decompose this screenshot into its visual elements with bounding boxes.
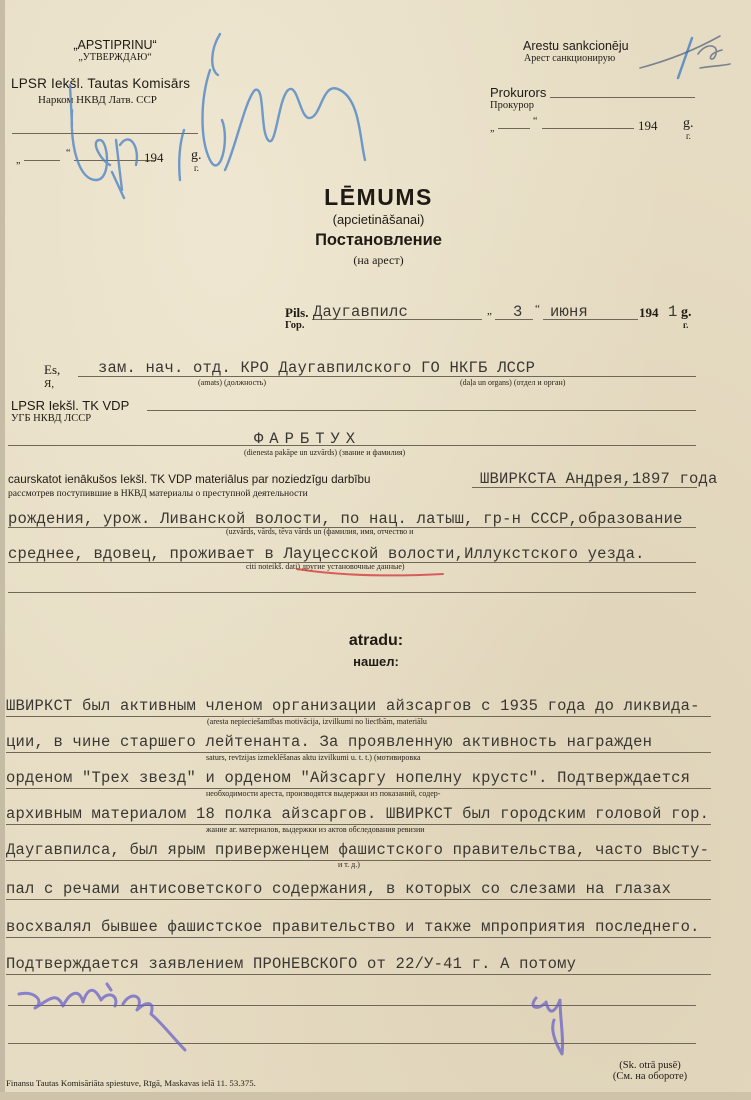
subtitle-lv: (apcietināšanai)	[200, 212, 557, 227]
findings-line: архивным материалом 18 полка айзсаргов. …	[6, 805, 711, 827]
org-ru: УГБ НКВД ЛССР	[11, 413, 91, 424]
findings-line: ции, в чине старшего лейтенанта. За проя…	[6, 733, 711, 755]
sanction-year: 194	[638, 118, 658, 134]
review-text-ru: рассмотрев поступившие в НКВД материалы …	[8, 488, 308, 499]
findings-line: орденом "Трех звезд" и орденом "Айзсаргу…	[6, 769, 711, 791]
subtitle-ru: (на арест)	[200, 253, 557, 268]
findings-heading-ru: нашел:	[276, 654, 476, 669]
sanction-mark-handwriting	[630, 32, 740, 92]
findings-line: восхвалял бывшее фашистское правительств…	[6, 918, 711, 940]
see-back-note: (Sk. otrā pusē) (См. на обороте)	[580, 1060, 720, 1082]
findings-caption: saturs, revīzijas izmeklēšanas aktu izvi…	[206, 753, 421, 762]
month-value: июня	[550, 303, 588, 321]
officer-label-lv: Es,	[44, 362, 60, 378]
officer-value: зам. нач. отд. КРО Даугавпилского ГО НКГ…	[98, 359, 535, 377]
prosecutor-lv: Prokurors	[490, 85, 546, 100]
caption-unit: (daļa un organs) (отдел и орган)	[460, 378, 565, 387]
suspect-value: ШВИРКСТА Андрея,1897 года	[480, 470, 718, 488]
findings-heading-lv: atradu:	[276, 632, 476, 650]
year-digit: 1	[668, 303, 678, 321]
place-date-line: Pils. Гор. Даугавпилс „ 3 “ июня 194 1 g…	[285, 305, 705, 339]
findings-line: Подтверждается заявлением ПРОНЕВСКОГО от…	[6, 955, 711, 977]
sanction-ru: Арест санкционирую	[524, 53, 615, 64]
officer-label-ru: Я,	[44, 378, 54, 390]
prosecutor-ru: Прокурор	[490, 100, 534, 111]
see-back-ru: (См. на обороте)	[580, 1071, 720, 1082]
review-text-lv: caurskatot ienākušos Iekšl. TK VDP mater…	[8, 473, 370, 486]
page-left-edge	[0, 0, 5, 1100]
findings-caption: (aresta nepieciešamības motivācija, izvi…	[207, 717, 427, 726]
page-bottom-edge	[0, 1092, 751, 1100]
review-line2: рождения, урож. Ливанской волости, по на…	[8, 510, 683, 528]
review-line2-caption: (uzvārds, vārds, tēva vārds un (фамилия,…	[226, 527, 413, 536]
findings-line: ШВИРКСТ был активным членом организации …	[6, 697, 711, 719]
signature-violet-left	[15, 980, 215, 1060]
findings-line: пал с речами антисоветского содержания, …	[6, 880, 711, 902]
sanction-date-line: „ “ 194 g. г.	[490, 118, 710, 144]
day-value: 3	[513, 303, 523, 321]
see-back-lv: (Sk. otrā pusē)	[580, 1060, 720, 1071]
red-pencil-underline	[295, 565, 455, 579]
approval-signature-handwriting	[60, 30, 380, 210]
org-lv: LPSR Iekšl. TK VDP	[11, 398, 129, 413]
printer-imprint: Finansu Tautas Komisāriāta spiestuve, Rī…	[6, 1078, 256, 1088]
name-caption: (dienesta pakāpe un uzvārds) (звание и ф…	[244, 448, 405, 457]
findings-caption: необходимости ареста, производятся выдер…	[206, 789, 440, 798]
city-value: Даугавпилс	[313, 303, 408, 321]
prosecutor-signature-line	[550, 97, 695, 98]
review-line3: среднее, вдовец, проживает в Лауцесской …	[8, 545, 645, 563]
sanction-lv: Arestu sankcionēju	[523, 39, 629, 53]
title-ru: Постановление	[200, 231, 557, 250]
findings-heading: atradu: нашел:	[276, 632, 476, 669]
findings-caption: жание аг. материалов, выдержки из актов …	[206, 825, 425, 834]
caption-position: (amats) (должность)	[198, 378, 266, 387]
findings-caption: и т. д.)	[338, 860, 360, 869]
signature-violet-right	[520, 988, 580, 1058]
